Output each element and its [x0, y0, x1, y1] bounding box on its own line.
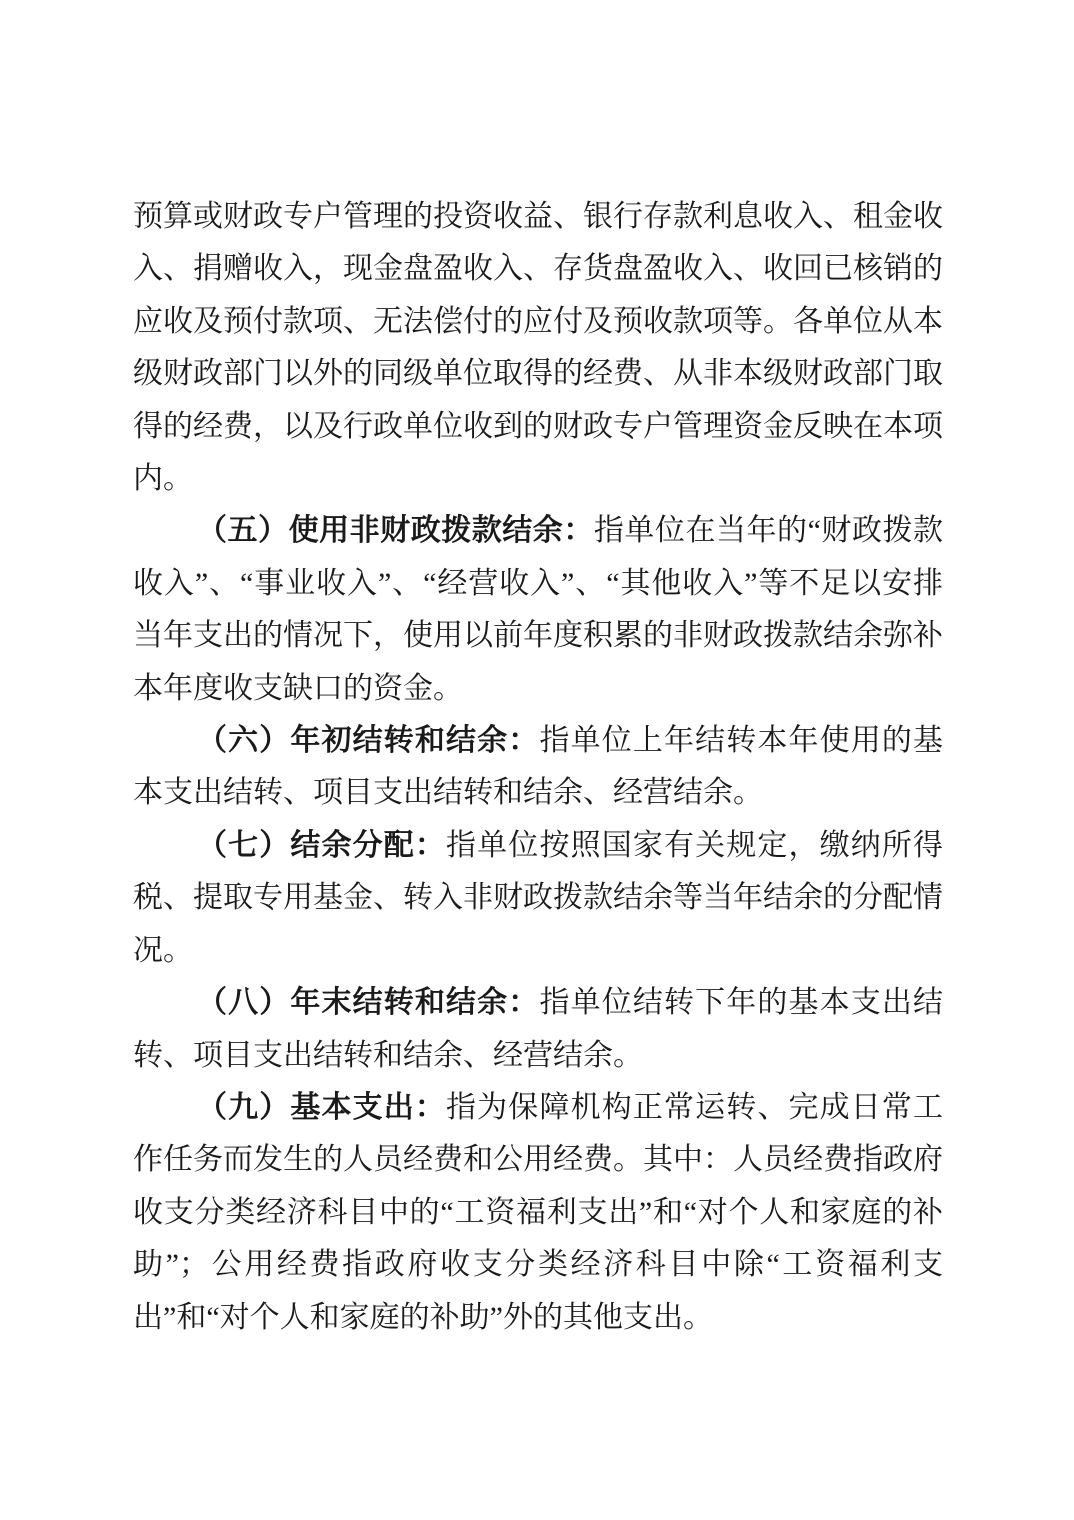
paragraph-text: 指为保障机构正常运转、完成日常工作任务而发生的人员经费和公用经费。其中：人员经费… [133, 1091, 943, 1334]
document-body: 预算或财政专户管理的投资收益、银行存款利息收入、租金收入、捐赠收入，现金盘盈收入… [133, 191, 943, 1344]
paragraph-heading: （五）使用非财政拨款结余： [197, 514, 594, 547]
paragraph-continuation: 预算或财政专户管理的投资收益、银行存款利息收入、租金收入、捐赠收入，现金盘盈收入… [133, 191, 943, 505]
paragraph-heading: （九）基本支出： [197, 1091, 446, 1124]
document-page: 预算或财政专户管理的投资收益、银行存款利息收入、租金收入、捐赠收入，现金盘盈收入… [0, 0, 1074, 1520]
paragraph-heading: （八）年末结转和结余： [197, 986, 539, 1019]
paragraph-item-5: （五）使用非财政拨款结余：指单位在当年的“财政拨款收入”、“事业收入”、“经营收… [133, 505, 943, 715]
paragraph-heading: （六）年初结转和结余： [197, 724, 539, 757]
paragraph-heading: （七）结余分配： [197, 829, 446, 862]
paragraph-item-6: （六）年初结转和结余：指单位上年结转本年使用的基本支出结转、项目支出结转和结余、… [133, 715, 943, 820]
paragraph-item-7: （七）结余分配：指单位按照国家有关规定，缴纳所得税、提取专用基金、转入非财政拨款… [133, 820, 943, 977]
paragraph-text: 预算或财政专户管理的投资收益、银行存款利息收入、租金收入、捐赠收入，现金盘盈收入… [133, 200, 943, 495]
paragraph-item-8: （八）年末结转和结余：指单位结转下年的基本支出结转、项目支出结转和结余、经营结余… [133, 977, 943, 1082]
paragraph-item-9: （九）基本支出：指为保障机构正常运转、完成日常工作任务而发生的人员经费和公用经费… [133, 1082, 943, 1344]
